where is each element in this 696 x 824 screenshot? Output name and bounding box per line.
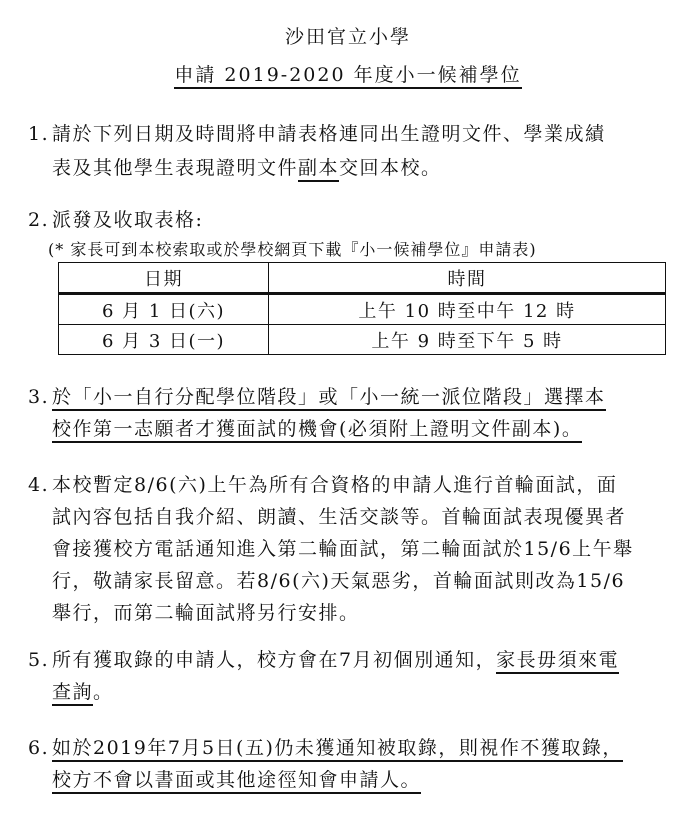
text: 試內容包括自我介紹、朗讀、生活交談等。首輪面試表現優異者 [52, 506, 626, 528]
item-number: 2. [28, 204, 49, 236]
text: 所有獲取錄的申請人，校方會在7月初個別通知， [52, 649, 496, 671]
item-line: 表及其他學生表現證明文件副本交回本校。 [52, 152, 442, 184]
item-line: 所有獲取錄的申請人，校方會在7月初個別通知，家長毋須來電 [52, 644, 619, 676]
text: 舉行，而第二輪面試將另行安排。 [52, 602, 360, 624]
text: 請於下列日期及時間將申請表格連同出生證明文件、學業成績 [52, 123, 606, 145]
document-title: 申請 2019-2020 年度小一候補學位 [0, 60, 696, 87]
text: 表及其他學生表現證明文件 [52, 157, 298, 179]
item-line: 校作第一志願者才獲面試的機會(必須附上證明文件副本)。 [52, 413, 582, 445]
item-line: 派發及收取表格: [52, 204, 203, 236]
item-line: 會接獲校方電話通知進入第二輪面試，第二輪面試於15/6上午舉 [52, 533, 634, 565]
header-time: 時間 [269, 263, 666, 294]
cell-time: 上午 9 時至下午 5 時 [269, 325, 666, 355]
text: 。 [93, 681, 114, 703]
item-line: 舉行，而第二輪面試將另行安排。 [52, 597, 360, 629]
item-line: 行，敬請家長留意。若8/6(六)天氣惡劣，首輪面試則改為15/6 [52, 565, 625, 597]
item-number: 5. [28, 644, 49, 676]
item-number: 3. [28, 381, 49, 413]
table-row: 6 月 1 日(六) 上午 10 時至中午 12 時 [59, 294, 666, 325]
item-number: 4. [28, 469, 49, 501]
document-title-text: 申請 2019-2020 年度小一候補學位 [174, 64, 521, 89]
cell-date: 6 月 3 日(一) [59, 325, 269, 355]
item-line: 試內容包括自我介紹、朗讀、生活交談等。首輪面試表現優異者 [52, 501, 626, 533]
underlined-text: 於「小一自行分配學位階段」或「小一統一派位階段」選擇本 [52, 386, 606, 411]
underlined-text: 校作第一志願者才獲面試的機會(必須附上證明文件副本)。 [52, 418, 582, 443]
item-line: 查詢。 [52, 676, 114, 708]
underlined-text: 校方不會以書面或其他途徑知會申請人。 [52, 769, 421, 794]
item-line: 校方不會以書面或其他途徑知會申請人。 [52, 764, 421, 796]
download-note: (* 家長可到本校索取或於學校網頁下載『小一候補學位』申請表) [48, 237, 537, 260]
item-number: 1. [28, 118, 49, 150]
table-row: 6 月 3 日(一) 上午 9 時至下午 5 時 [59, 325, 666, 355]
underlined-text: 副本 [298, 157, 339, 182]
school-name: 沙田官立小學 [0, 22, 696, 49]
item-line: 本校暫定8/6(六)上午為所有合資格的申請人進行首輪面試，面 [52, 469, 617, 501]
item-number: 6. [28, 732, 49, 764]
item-line: 請於下列日期及時間將申請表格連同出生證明文件、學業成績 [52, 118, 606, 150]
table-header-row: 日期 時間 [59, 263, 666, 294]
cell-time: 上午 10 時至中午 12 時 [269, 294, 666, 325]
underlined-text: 家長毋須來電 [496, 649, 619, 674]
cell-date: 6 月 1 日(六) [59, 294, 269, 325]
text: 交回本校。 [339, 157, 442, 179]
item-line: 如於2019年7月5日(五)仍未獲通知被取錄，則視作不獲取錄， [52, 732, 623, 764]
text: 會接獲校方電話通知進入第二輪面試，第二輪面試於15/6上午舉 [52, 538, 634, 560]
item-line: 於「小一自行分配學位階段」或「小一統一派位階段」選擇本 [52, 381, 606, 413]
text: 本校暫定8/6(六)上午為所有合資格的申請人進行首輪面試，面 [52, 474, 617, 496]
schedule-table: 日期 時間 6 月 1 日(六) 上午 10 時至中午 12 時 6 月 3 日… [58, 262, 666, 355]
underlined-text: 查詢 [52, 681, 93, 706]
underlined-text: 如於2019年7月5日(五)仍未獲通知被取錄，則視作不獲取錄， [52, 737, 623, 762]
text: 派發及收取表格: [52, 209, 203, 231]
text: 行，敬請家長留意。若8/6(六)天氣惡劣，首輪面試則改為15/6 [52, 570, 625, 592]
header-date: 日期 [59, 263, 269, 294]
